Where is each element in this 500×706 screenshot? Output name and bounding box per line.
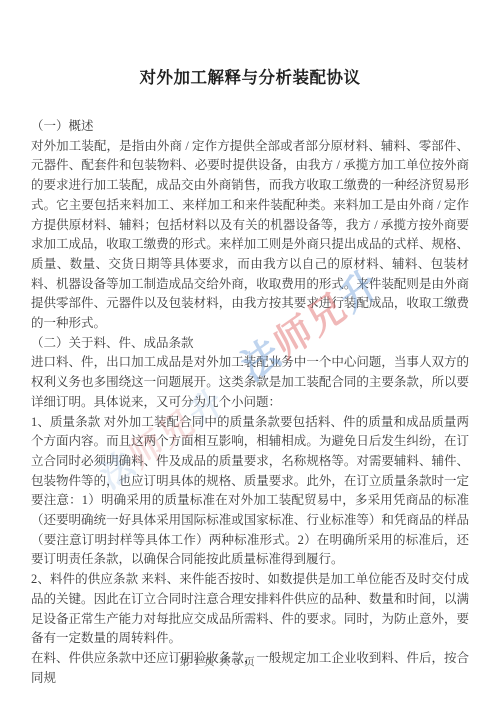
- document-page: 对外加工解释与分析装配协议 （一）概述对外加工装配，是指由外商 / 定作方提供全…: [0, 0, 500, 706]
- paragraph: （一）概述: [31, 117, 469, 137]
- paragraph: 2、料件的供应条款 来料、来件能否按时、如数提供是加工单位能否及时交付成品的关键…: [31, 570, 469, 649]
- paragraph: 进口料、件，出口加工成品是对外加工装配业务中一个中心问题，当事人双方的权利义务也…: [31, 353, 469, 412]
- paragraph: 1、质量条款 对外加工装配合同中的质量条款要包括料、件的质量和成品质量两个方面内…: [31, 413, 469, 571]
- document-body: （一）概述对外加工装配，是指由外商 / 定作方提供全部或者部分原材料、辅料、零部…: [31, 117, 469, 688]
- paragraph: （二）关于料、件、成品条款: [31, 334, 469, 354]
- document-title: 对外加工解释与分析装配协议: [0, 64, 500, 88]
- page-number: 第 1 页 共 3 页: [0, 654, 435, 669]
- paragraph: 对外加工装配，是指由外商 / 定作方提供全部或者部分原材料、辅料、零部件、元器件…: [31, 137, 469, 334]
